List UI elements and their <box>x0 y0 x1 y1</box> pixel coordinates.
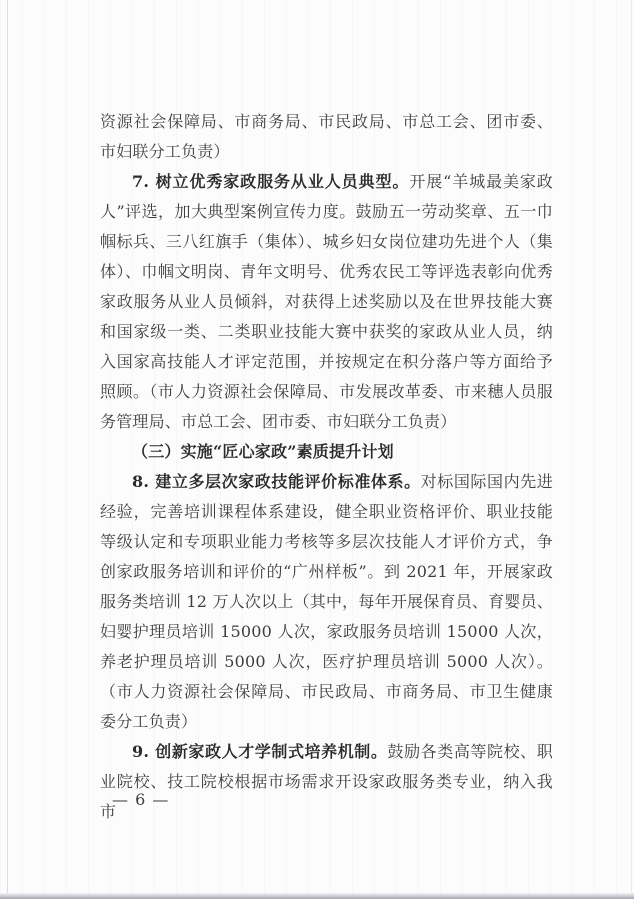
scan-edge-bottom <box>0 893 634 899</box>
text-run: 开展“羊城最美家政人”评选，加大典型案例宣传力度。鼓励五一劳动奖章、五一巾帼标兵… <box>100 172 553 431</box>
bold-text-run: 8. 建立多层次家政技能评价标准体系。 <box>132 472 421 491</box>
paragraph: 7. 树立优秀家政服务从业人员典型。开展“羊城最美家政人”评选，加大典型案例宣传… <box>100 167 553 437</box>
scan-edge-right <box>631 0 632 899</box>
paragraph: 资源社会保障局、市商务局、市民政局、市总工会、团市委、市妇联分工负责） <box>100 107 553 167</box>
page-number: — 6 — <box>112 789 169 811</box>
document-body: 资源社会保障局、市商务局、市民政局、市总工会、团市委、市妇联分工负责）7. 树立… <box>100 107 553 827</box>
bold-text-run: 9. 创新家政人才学制式培养机制。 <box>132 742 387 761</box>
paragraph: 9. 创新家政人才学制式培养机制。鼓励各类高等院校、职业院校、技工院校根据市场需… <box>100 737 553 827</box>
document-page: 资源社会保障局、市商务局、市民政局、市总工会、团市委、市妇联分工负责）7. 树立… <box>0 0 634 899</box>
bold-text-run: （三）实施“匠心家政”素质提升计划 <box>132 442 394 461</box>
text-run: 对标国际国内先进经验，完善培训课程体系建设，健全职业资格评价、职业技能等级认定和… <box>100 472 553 731</box>
scan-edge-left <box>7 0 8 899</box>
paragraph: 8. 建立多层次家政技能评价标准体系。对标国际国内先进经验，完善培训课程体系建设… <box>100 467 553 737</box>
paragraph: （三）实施“匠心家政”素质提升计划 <box>100 437 553 467</box>
bold-text-run: 7. 树立优秀家政服务从业人员典型。 <box>132 172 409 191</box>
text-run: 资源社会保障局、市商务局、市民政局、市总工会、团市委、市妇联分工负责） <box>100 112 553 161</box>
